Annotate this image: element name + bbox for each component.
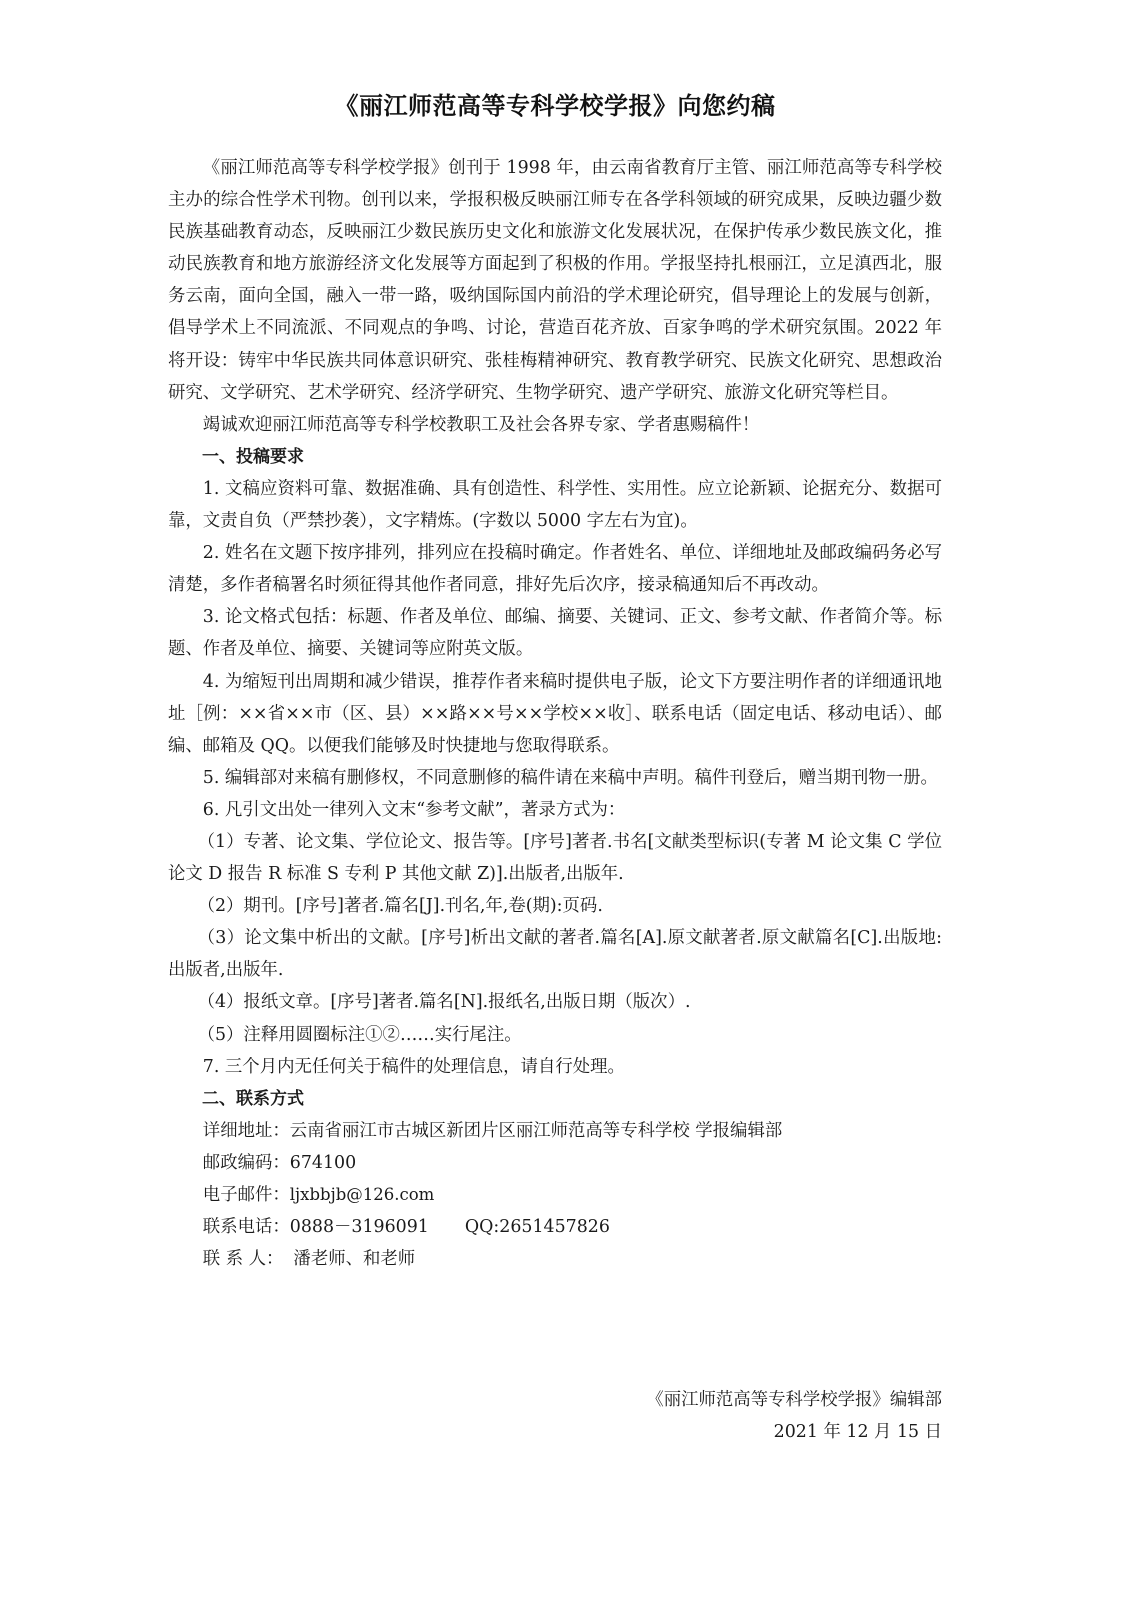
qq-value: 2651457826: [499, 1217, 610, 1237]
requirement-item-1: 1. 文稿应资料可靠、数据准确、具有创造性、科学性、实用性。应立论新颖、论据充分…: [168, 473, 942, 537]
requirement-item-6: 6. 凡引文出处一律列入文末“参考文献”，著录方式为：: [168, 794, 942, 826]
requirement-item-7: 7. 三个月内无任何关于稿件的处理信息，请自行处理。: [168, 1051, 942, 1083]
contact-person: 联 系 人：潘老师、和老师: [168, 1243, 942, 1275]
contact-email: 电子邮件：ljxbbjb@126.com: [168, 1179, 942, 1211]
requirement-item-3: 3. 论文格式包括：标题、作者及单位、邮编、摘要、关键词、正文、参考文献、作者简…: [168, 601, 942, 665]
qq-label: QQ:: [465, 1217, 499, 1237]
phone-value: 0888－3196091: [290, 1217, 429, 1237]
contact-person-value: 潘老师、和老师: [293, 1249, 415, 1269]
address-value: 云南省丽江市古城区新团片区丽江师范高等专科学校 学报编辑部: [290, 1121, 782, 1141]
address-label: 详细地址：: [203, 1121, 290, 1141]
citation-format-1: （1）专著、论文集、学位论文、报告等。[序号]著者.书名[文献类型标识(专著 M…: [168, 826, 942, 890]
section-heading-submission-requirements: 一、投稿要求: [168, 441, 942, 473]
document-title: 《丽江师范高等专科学校学报》向您约稿: [168, 86, 942, 121]
citation-format-4: （4）报纸文章。[序号]著者.篇名[N].报纸名,出版日期（版次）.: [168, 986, 942, 1018]
section-heading-contact: 二、联系方式: [168, 1083, 942, 1115]
contact-address: 详细地址：云南省丽江市古城区新团片区丽江师范高等专科学校 学报编辑部: [168, 1115, 942, 1147]
requirement-item-5: 5. 编辑部对来稿有删修权，不同意删修的稿件请在来稿中声明。稿件刊登后，赠当期刊…: [168, 762, 942, 794]
requirement-item-4: 4. 为缩短刊出周期和减少错误，推荐作者来稿时提供电子版，论文下方要注明作者的详…: [168, 666, 942, 762]
citation-format-3: （3）论文集中析出的文献。[序号]析出文献的著者.篇名[A].原文献著者.原文献…: [168, 922, 942, 986]
phone-label: 联系电话：: [203, 1217, 290, 1237]
requirement-item-2: 2. 姓名在文题下按序排列，排列应在投稿时确定。作者姓名、单位、详细地址及邮政编…: [168, 537, 942, 601]
email-label: 电子邮件：: [203, 1185, 290, 1205]
intro-paragraph: 《丽江师范高等专科学校学报》创刊于 1998 年，由云南省教育厅主管、丽江师范高…: [168, 152, 942, 409]
email-value[interactable]: ljxbbjb@126.com: [290, 1185, 435, 1204]
contact-phone: 联系电话：0888－3196091QQ:2651457826: [168, 1211, 942, 1243]
signature-block: 《丽江师范高等专科学校学报》编辑部 2021 年 12 月 15 日: [646, 1384, 942, 1448]
document-body: 《丽江师范高等专科学校学报》创刊于 1998 年，由云南省教育厅主管、丽江师范高…: [168, 152, 942, 1275]
signature-date: 2021 年 12 月 15 日: [646, 1416, 942, 1448]
postcode-value: 674100: [290, 1153, 356, 1173]
citation-format-5: （5）注释用圆圈标注①②……实行尾注。: [168, 1019, 942, 1051]
postcode-label: 邮政编码：: [203, 1153, 290, 1173]
contact-postcode: 邮政编码：674100: [168, 1147, 942, 1179]
citation-format-2: （2）期刊。[序号]著者.篇名[J].刊名,年,卷(期):页码.: [168, 890, 942, 922]
welcome-paragraph: 竭诚欢迎丽江师范高等专科学校教职工及社会各界专家、学者惠赐稿件！: [168, 409, 942, 441]
signature-org: 《丽江师范高等专科学校学报》编辑部: [646, 1384, 942, 1416]
contact-person-label: 联 系 人：: [203, 1249, 284, 1269]
